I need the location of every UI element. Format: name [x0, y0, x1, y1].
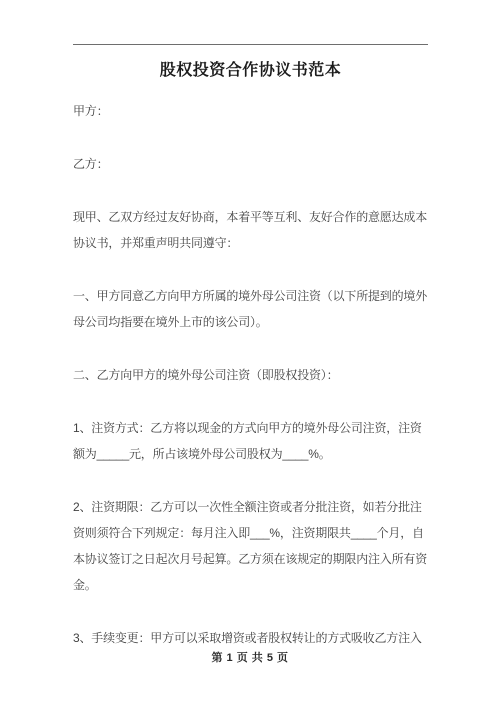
text-line: 1、注资方式：乙方将以现金的方式向甲方的境外母公司注资，注资 — [73, 415, 428, 441]
text-line: 2、注资期限：乙方可以一次性全额注资或者分批注资，如若分批注 — [73, 494, 428, 520]
paragraph-clause-2-item-3: 3、手续变更：甲方可以采取增资或者股权转让的方式吸收乙方注入 — [73, 625, 428, 651]
paragraph-clause-2-item-1: 1、注资方式：乙方将以现金的方式向甲方的境外母公司注资，注资额为_____元，所… — [73, 415, 428, 467]
document-page: 股权投资合作协议书范本 甲方：乙方：现甲、乙双方经过友好协商，本着平等互利、友好… — [0, 0, 500, 707]
text-line: 乙方： — [73, 151, 428, 177]
page-title: 股权投资合作协议书范本 — [73, 58, 428, 84]
page-number-footer: 第 1 页 共 5 页 — [0, 650, 500, 666]
title-divider-line — [73, 44, 428, 45]
document-body: 甲方：乙方：现甲、乙双方经过友好协商，本着平等互利、友好合作的意愿达成本协议书，… — [73, 98, 428, 651]
paragraph-clause-2: 二、乙方向甲方的境外母公司注资（即股权投资）： — [73, 362, 428, 388]
text-line: 二、乙方向甲方的境外母公司注资（即股权投资）： — [73, 362, 428, 388]
text-line: 金。 — [73, 572, 428, 598]
text-line: 一、甲方同意乙方向甲方所属的境外母公司注资（以下所提到的境外 — [73, 283, 428, 309]
text-line: 资则须符合下列规定：每月注入即___%，注资期限共____个月，自 — [73, 520, 428, 546]
paragraph-clause-1: 一、甲方同意乙方向甲方所属的境外母公司注资（以下所提到的境外母公司均指要在境外上… — [73, 283, 428, 335]
paragraph-party-b: 乙方： — [73, 151, 428, 177]
document-content: 股权投资合作协议书范本 甲方：乙方：现甲、乙双方经过友好协商，本着平等互利、友好… — [73, 0, 428, 651]
text-line: 本协议签订之日起次月号起算。乙方须在该规定的期限内注入所有资 — [73, 546, 428, 572]
text-line: 3、手续变更：甲方可以采取增资或者股权转让的方式吸收乙方注入 — [73, 625, 428, 651]
paragraph-clause-2-item-2: 2、注资期限：乙方可以一次性全额注资或者分批注资，如若分批注资则须符合下列规定：… — [73, 494, 428, 598]
text-line: 额为_____元，所占该境外母公司股权为____%。 — [73, 441, 428, 467]
text-line: 母公司均指要在境外上市的该公司）。 — [73, 309, 428, 335]
paragraph-preamble: 现甲、乙双方经过友好协商，本着平等互利、友好合作的意愿达成本协议书，并郑重声明共… — [73, 204, 428, 256]
text-line: 现甲、乙双方经过友好协商，本着平等互利、友好合作的意愿达成本 — [73, 204, 428, 230]
paragraph-party-a: 甲方： — [73, 98, 428, 124]
text-line: 甲方： — [73, 98, 428, 124]
text-line: 协议书，并郑重声明共同遵守： — [73, 230, 428, 256]
